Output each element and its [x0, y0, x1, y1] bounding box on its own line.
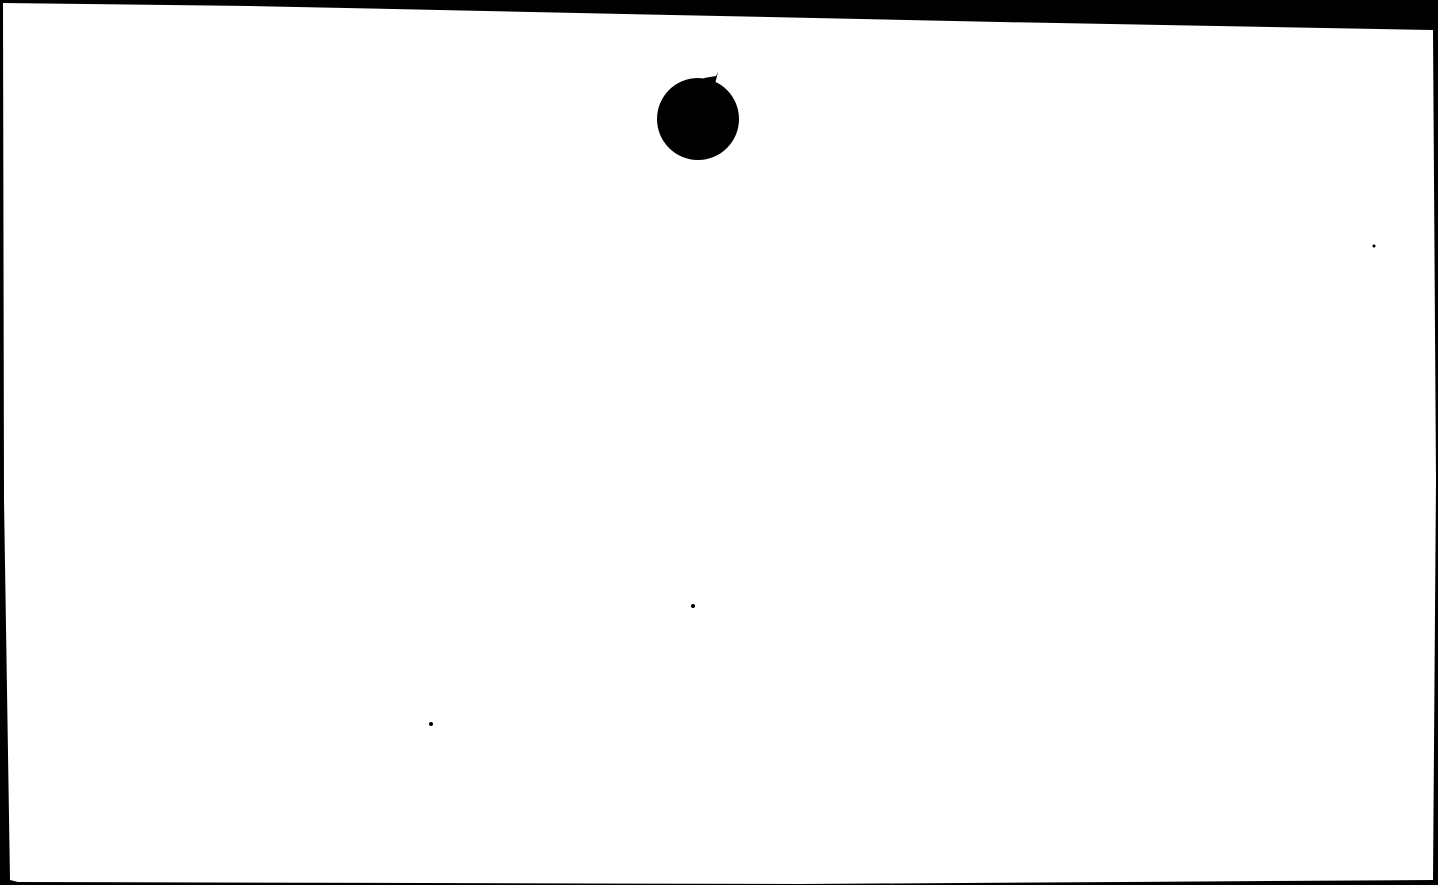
card-drawing: [0, 0, 1438, 885]
paper-card: [0, 0, 1438, 885]
speck-mark: [1373, 245, 1376, 248]
speck-mark: [691, 604, 695, 608]
speck-mark: [429, 722, 433, 726]
